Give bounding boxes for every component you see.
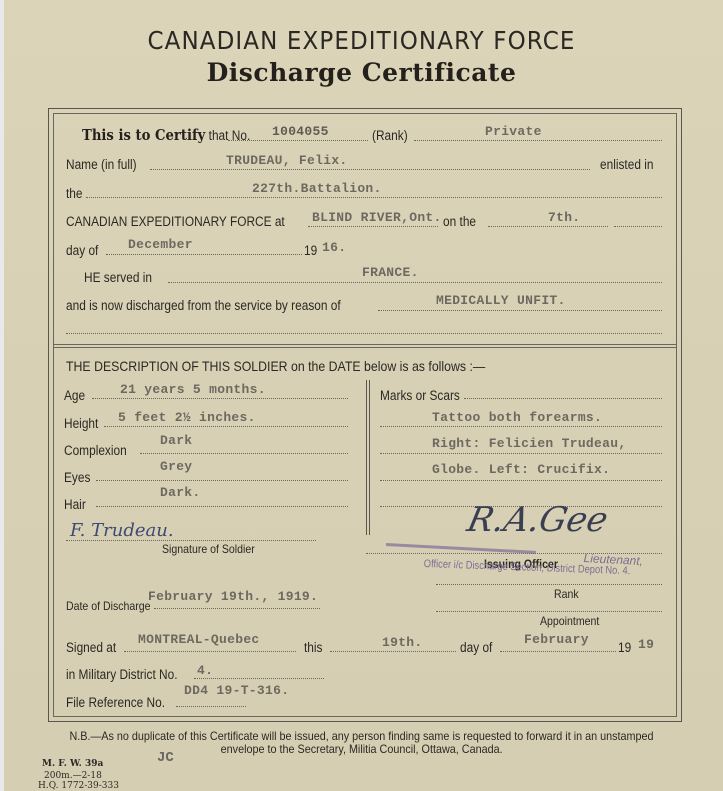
rank-sign-label: Rank (554, 587, 579, 601)
enlist-day-line-extra (614, 226, 662, 227)
file-reference-value: DD4 19-T-316. (184, 683, 289, 698)
marks-label: Marks or Scars (380, 388, 460, 403)
discharge-date-value: February 19th., 1919. (148, 589, 318, 604)
column-divider (366, 380, 370, 535)
soldier-signature-label: Signature of Soldier (162, 542, 255, 556)
height-value: 5 feet 2½ inches. (118, 410, 256, 425)
document-subtitle: Discharge Certificate (0, 58, 723, 87)
marks-value-3: Globe. Left: Crucifix. (432, 462, 610, 477)
soldier-signature-line (66, 540, 316, 541)
marks-line-1 (380, 426, 662, 427)
district-value: 4. (197, 663, 213, 678)
discharge-reason-value: MEDICALLY UNFIT. (436, 293, 566, 308)
appointment-label: Appointment (540, 614, 599, 628)
certify-lead: This is to Certify (82, 126, 205, 144)
this-label: this (304, 640, 322, 655)
hair-label: Hair (64, 497, 86, 512)
marks-value-1: Tattoo both forearms. (432, 410, 602, 425)
file-reference-line (176, 706, 246, 707)
signed-month-line (500, 651, 616, 652)
eyes-line (96, 480, 348, 481)
height-label: Height (64, 416, 98, 431)
marks-value-2: Right: Felicien Trudeau, (432, 436, 626, 451)
rank-label: (Rank) (372, 128, 408, 143)
served-in-value: FRANCE. (362, 265, 419, 280)
rank-line (414, 140, 662, 141)
enlist-place-label: CANADIAN EXPEDITIONARY FORCE at (66, 214, 285, 229)
height-line (104, 426, 348, 427)
discharge-date-line (154, 608, 320, 609)
served-in-line (168, 282, 662, 283)
age-label: Age (64, 388, 85, 403)
enlist-day-value: 7th. (548, 210, 580, 225)
clerk-initials: JC (157, 750, 174, 766)
file-reference-label: File Reference No. (66, 695, 165, 710)
service-number: 1004055 (272, 124, 329, 139)
month-line (106, 254, 302, 255)
section-divider (53, 347, 676, 348)
enlist-day-line (488, 226, 608, 227)
description-heading: THE DESCRIPTION OF THIS SOLDIER on the D… (66, 358, 485, 374)
soldier-signature: F. Trudeau. (70, 520, 174, 541)
year-prefix: 19 (304, 243, 317, 258)
discharge-reason-label: and is now discharged from the service b… (66, 298, 341, 313)
signed-month-value: February (524, 632, 589, 647)
unit-line (86, 197, 662, 198)
rank-value: Private (485, 124, 542, 139)
signed-at-line (124, 651, 296, 652)
eyes-value: Grey (160, 459, 192, 474)
enlist-year-value: 16. (322, 240, 346, 255)
officer-signature: R.A.Gee (464, 500, 612, 540)
on-the-label: on the (443, 214, 476, 229)
appointment-line (436, 611, 662, 612)
marks-line-3 (380, 480, 662, 481)
enlist-place-line (308, 226, 438, 227)
unit-value: 227th.Battalion. (252, 181, 382, 196)
print-run-code: 200m.—2-18 (44, 771, 102, 781)
signed-year-prefix: 19 (618, 640, 631, 655)
complexion-label: Complexion (64, 443, 127, 458)
enlist-month-value: December (128, 237, 193, 252)
nb-note-line2: envelope to the Secretary, Militia Counc… (0, 742, 723, 756)
district-line (194, 678, 324, 679)
section-divider (53, 344, 676, 345)
enlist-place-value: BLIND RIVER,Ont. (312, 210, 442, 225)
nb-note-line1: N.B.—As no duplicate of this Certificate… (0, 729, 723, 743)
form-code: M. F. W. 39a (42, 759, 103, 769)
district-label: in Military District No. (66, 667, 178, 682)
day-of-label: day of (66, 243, 98, 258)
served-in-label: HE served in (84, 270, 152, 285)
blank-line (66, 333, 662, 334)
complexion-line (140, 453, 348, 454)
unit-label: the (66, 186, 83, 201)
day-of-signed-label: day of (460, 640, 492, 655)
discharge-reason-line (378, 310, 662, 311)
name-value: TRUDEAU, Felix. (226, 153, 348, 168)
complexion-value: Dark (160, 433, 192, 448)
signed-day-line (330, 651, 456, 652)
age-value: 21 years 5 months. (120, 382, 266, 397)
marks-line-2 (380, 453, 662, 454)
name-line (150, 169, 590, 170)
number-line (228, 140, 368, 141)
name-label: Name (in full) (66, 157, 137, 172)
signed-at-value: MONTREAL-Quebec (138, 632, 260, 647)
hair-line (96, 506, 348, 507)
hq-code: H.Q. 1772-39-333 (38, 781, 119, 791)
hair-value: Dark. (160, 485, 201, 500)
certify-row: This is to Certify that No. (82, 126, 250, 144)
discharge-date-label: Date of Discharge (66, 599, 151, 613)
signed-at-label: Signed at (66, 640, 116, 655)
signed-year-value: 19 (638, 637, 654, 652)
rank-sign-line (436, 584, 662, 585)
enlisted-in-label: enlisted in (600, 157, 654, 172)
document-title: CANADIAN EXPEDITIONARY FORCE (29, 26, 694, 55)
signed-day-value: 19th. (382, 635, 423, 650)
marks-line (464, 398, 662, 399)
eyes-label: Eyes (64, 470, 90, 485)
age-line (92, 398, 348, 399)
